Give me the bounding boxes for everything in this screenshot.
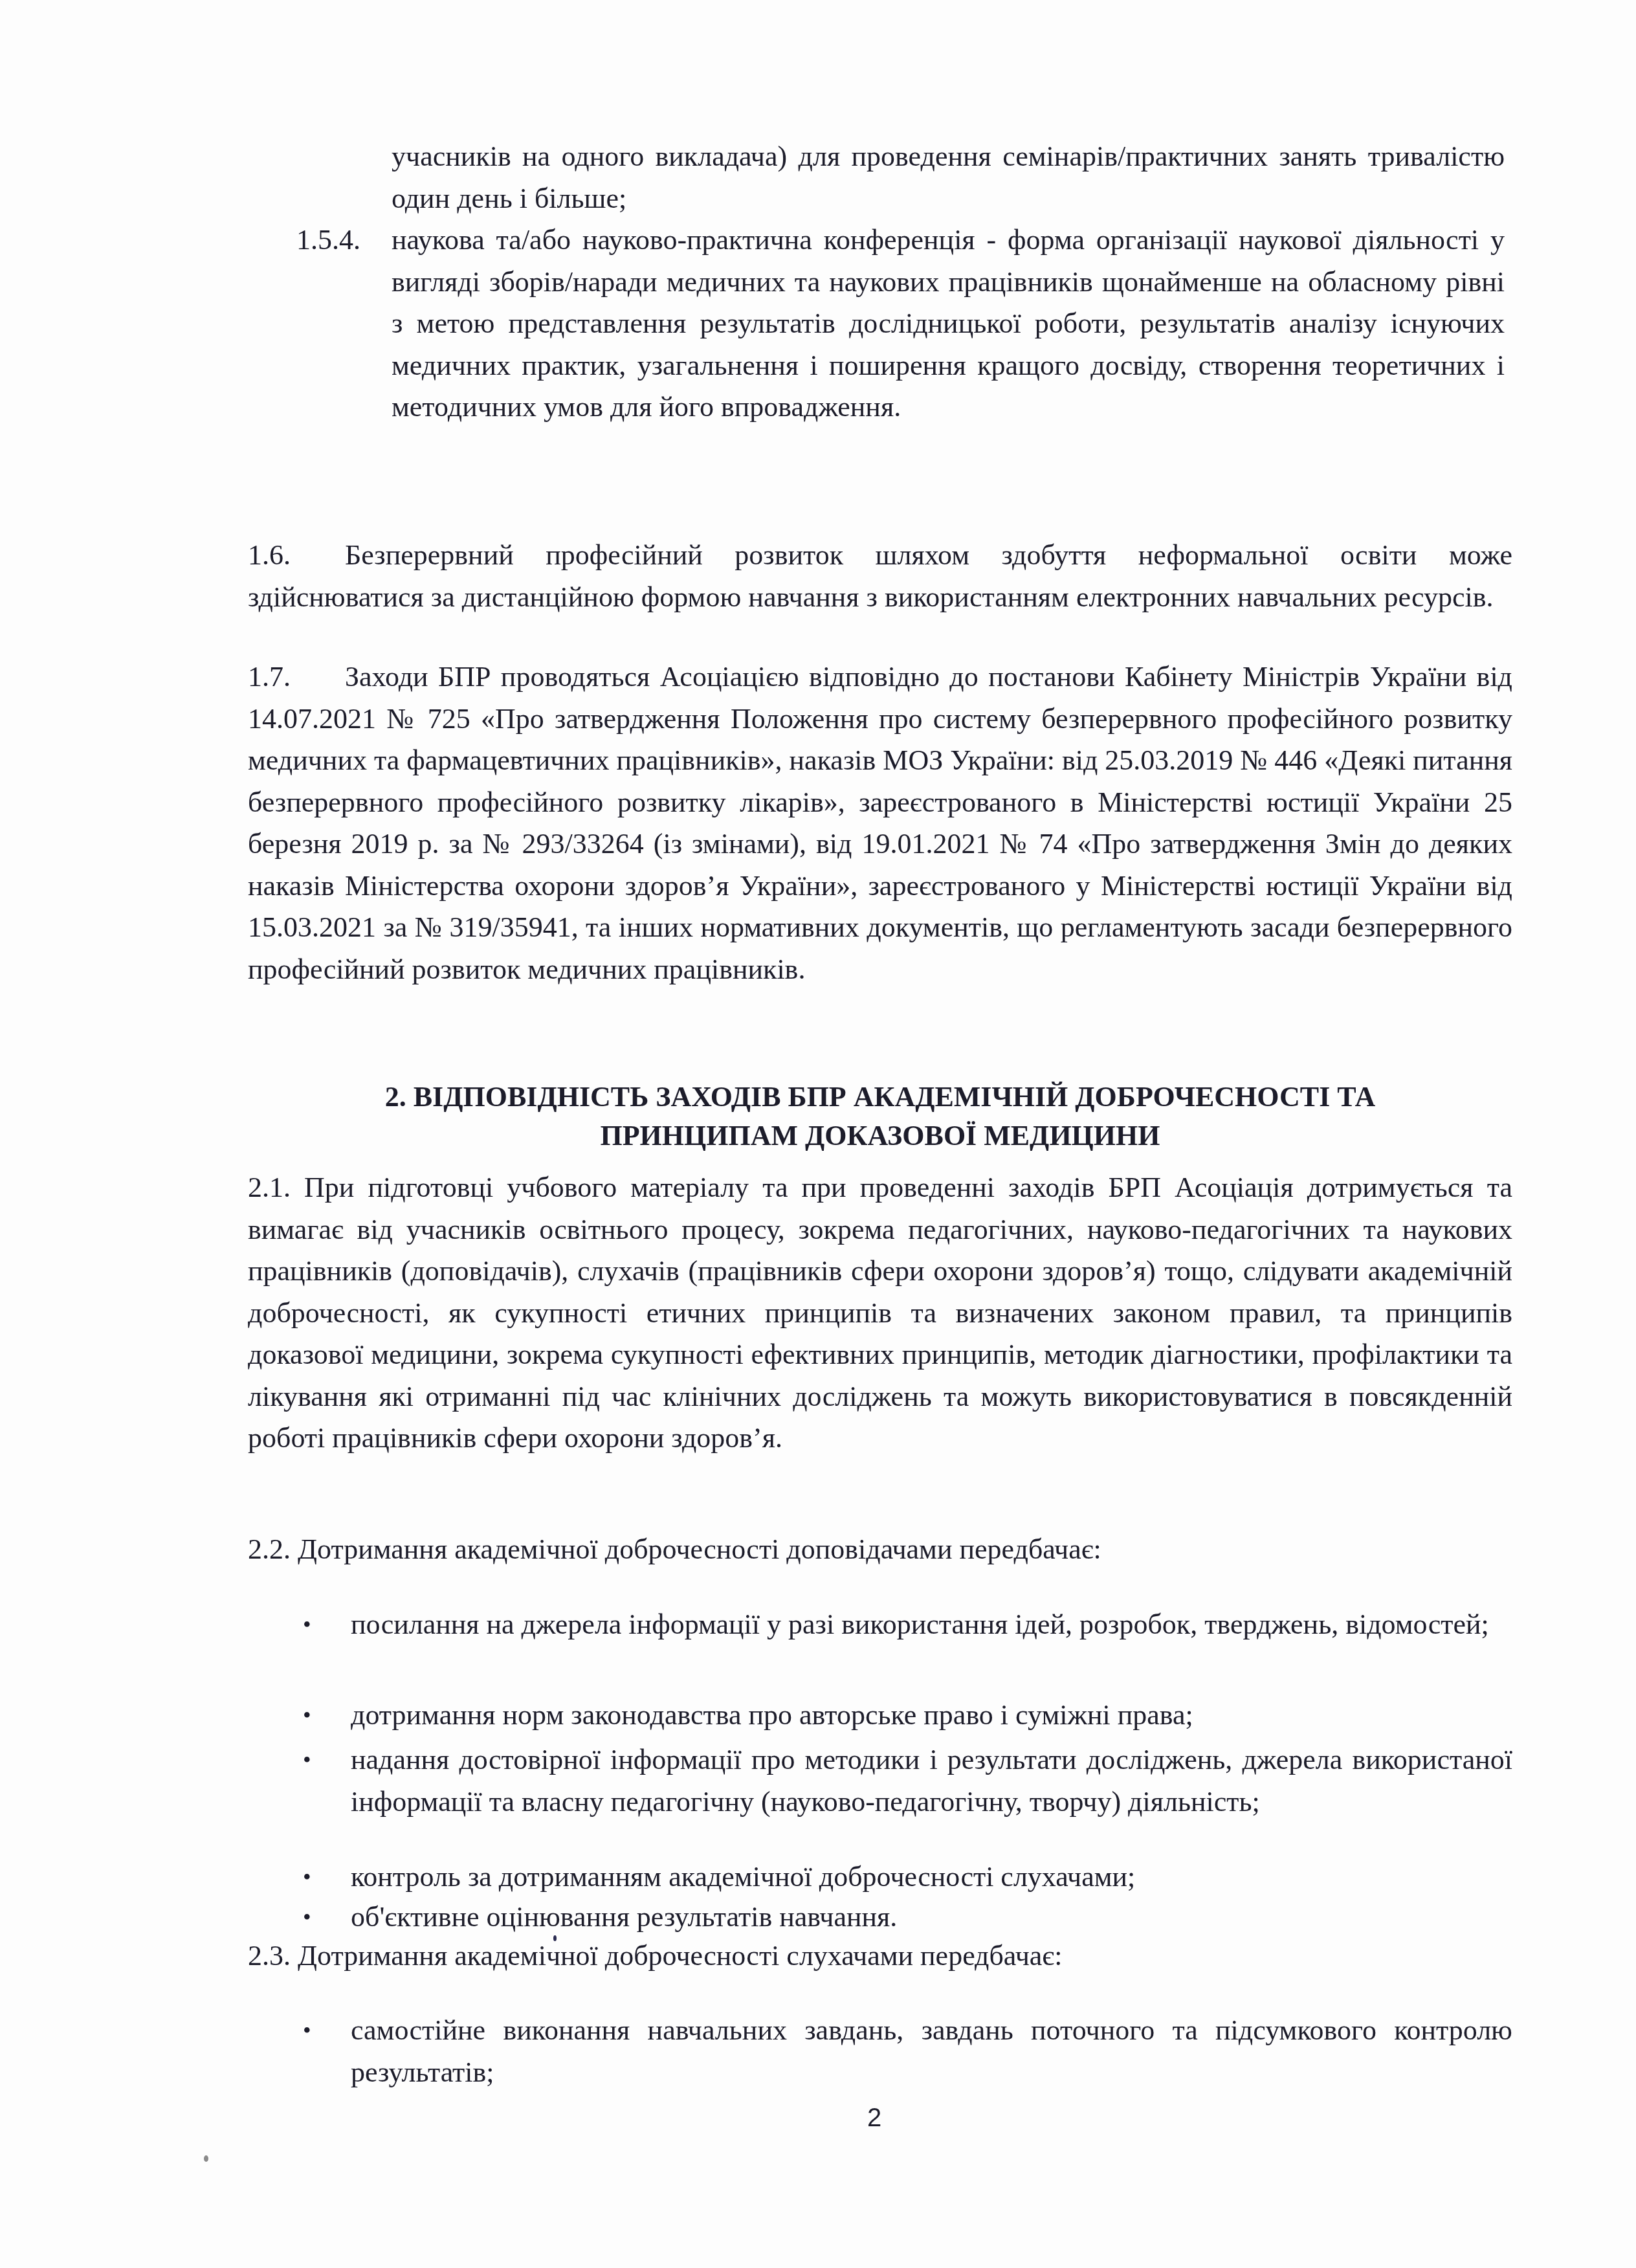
scan-speck	[553, 1935, 557, 1941]
bullet-icon: •	[303, 1695, 311, 1737]
continued-paragraph: учасників на одного викладача) для прове…	[392, 136, 1505, 219]
item-number-1-5-4: 1.5.4.	[296, 219, 360, 261]
item-text-1-7: Заходи БПР проводяться Асоціацією відпов…	[248, 656, 1512, 990]
list-item: дотримання норм законодавства про авторс…	[351, 1695, 1512, 1737]
bullet-icon: •	[303, 1739, 311, 1781]
item-text-1-5-4: наукова та/або науково-практична конфере…	[392, 219, 1505, 428]
section-heading-line-2: ПРИНЦИПАМ ДОКАЗОВОЇ МЕДИЦИНИ	[248, 1117, 1512, 1155]
list-item: самостійне виконання навчальних завдань,…	[351, 2010, 1512, 2093]
list-item: надання достовірної інформації про метод…	[351, 1739, 1512, 1823]
section-heading-line-1: 2. ВІДПОВІДНІСТЬ ЗАХОДІВ БПР АКАДЕМІЧНІЙ…	[248, 1078, 1512, 1117]
bullet-icon: •	[303, 1856, 311, 1898]
list-item: посилання на джерела інформації у разі в…	[351, 1604, 1512, 1646]
bullet-icon: •	[303, 2010, 311, 2052]
list-item: контроль за дотриманням академічної добр…	[351, 1856, 1512, 1898]
bullet-icon: •	[303, 1604, 311, 1646]
list-item: об'єктивне оцінювання результатів навчан…	[351, 1896, 1512, 1939]
bullet-icon: •	[303, 1896, 311, 1939]
scan-speck	[204, 2155, 208, 2162]
page-number: 2	[867, 2104, 881, 2133]
item-text-1-6: Безперервний професійний розвиток шляхом…	[248, 535, 1512, 618]
paragraph-2-3: 2.3. Дотримання академічної доброчесност…	[248, 1935, 1512, 1977]
paragraph-2-2: 2.2. Дотримання академічної доброчесност…	[248, 1529, 1512, 1571]
document-page: учасників на одного викладача) для прове…	[0, 0, 1636, 2268]
paragraph-2-1: 2.1. При підготовці учбового матеріалу т…	[248, 1167, 1512, 1460]
